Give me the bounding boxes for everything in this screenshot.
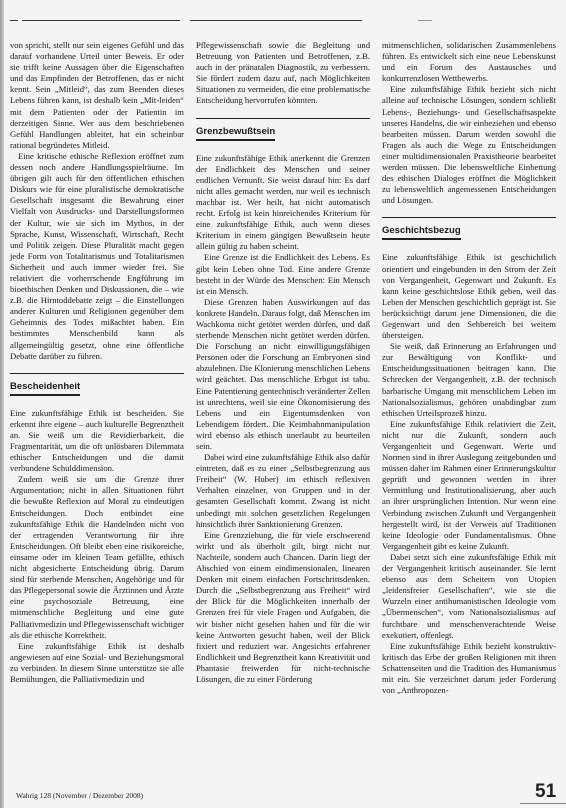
body-paragraph: Eine zukunftsfähige Ethik ist deshalb an… — [10, 641, 184, 685]
body-paragraph: Eine zukunftsfähige Ethik bezieht konstr… — [382, 641, 556, 696]
section-heading: Bescheidenheit — [10, 381, 80, 396]
body-paragraph: Eine zukunftsfähige Ethik ist bescheiden… — [10, 408, 184, 475]
body-paragraph: Eine zukunftsfähige Ethik bezieht sich n… — [382, 84, 556, 206]
body-paragraph: Eine zukunftsfähige Ethik anerkennt die … — [196, 153, 370, 253]
header-rule-left-mark — [10, 20, 18, 21]
body-paragraph: Eine kritische ethische Reflexion eröffn… — [10, 151, 184, 362]
section-heading: Geschichtsbezug — [382, 225, 461, 240]
body-paragraph: von spricht, stellt nur sein eigenes Gef… — [10, 40, 184, 151]
header-rule-right-mark — [418, 20, 432, 21]
text-column-middle: Pflegewissenschaft sowie die Begleitung … — [196, 40, 370, 696]
page-number: 51 — [535, 781, 556, 803]
body-paragraph: Eine Grenze ist die Endlichkeit des Lebe… — [196, 252, 370, 296]
text-column-right: mitmenschlichen, solidarischen Zusammenl… — [382, 40, 556, 696]
footer-rule — [520, 803, 566, 804]
body-paragraph: Pflegewissenschaft sowie die Begleitung … — [196, 40, 370, 107]
section-heading: Grenzbewußtsein — [196, 126, 275, 141]
body-paragraph: Eine Grenzziehung, die für viele erschwe… — [196, 530, 370, 685]
header-rule-left — [22, 20, 180, 21]
body-paragraph: Diese Grenzen haben Auswirkungen auf das… — [196, 297, 370, 452]
section-divider — [196, 118, 370, 119]
text-column-left: von spricht, stellt nur sein eigenes Gef… — [10, 40, 184, 696]
body-paragraph: Eine zukunftsfähige Ethik relativiert di… — [382, 419, 556, 552]
body-paragraph: Eine zukunftsfähige Ethik ist geschichtl… — [382, 252, 556, 341]
issue-footer: Wahrig 128 (November / Dezember 2008) — [16, 791, 143, 800]
section-divider — [382, 217, 556, 218]
article-page: von spricht, stellt nur sein eigenes Gef… — [10, 40, 556, 696]
body-paragraph: Sie weiß, daß Erinnerung an Erfahrungen … — [382, 341, 556, 419]
body-paragraph: Zudem weiß sie um die Grenze ihrer Argum… — [10, 474, 184, 640]
body-paragraph: Dabei setzt sich eine zukunftsfähige Eth… — [382, 552, 556, 641]
section-divider — [10, 373, 184, 374]
body-paragraph: mitmenschlichen, solidarischen Zusammenl… — [382, 40, 556, 84]
body-paragraph: Dabei wird eine zukunftsfähige Ethik als… — [196, 452, 370, 530]
header-rule-middle — [190, 20, 362, 21]
page-spine-shadow — [0, 0, 4, 808]
